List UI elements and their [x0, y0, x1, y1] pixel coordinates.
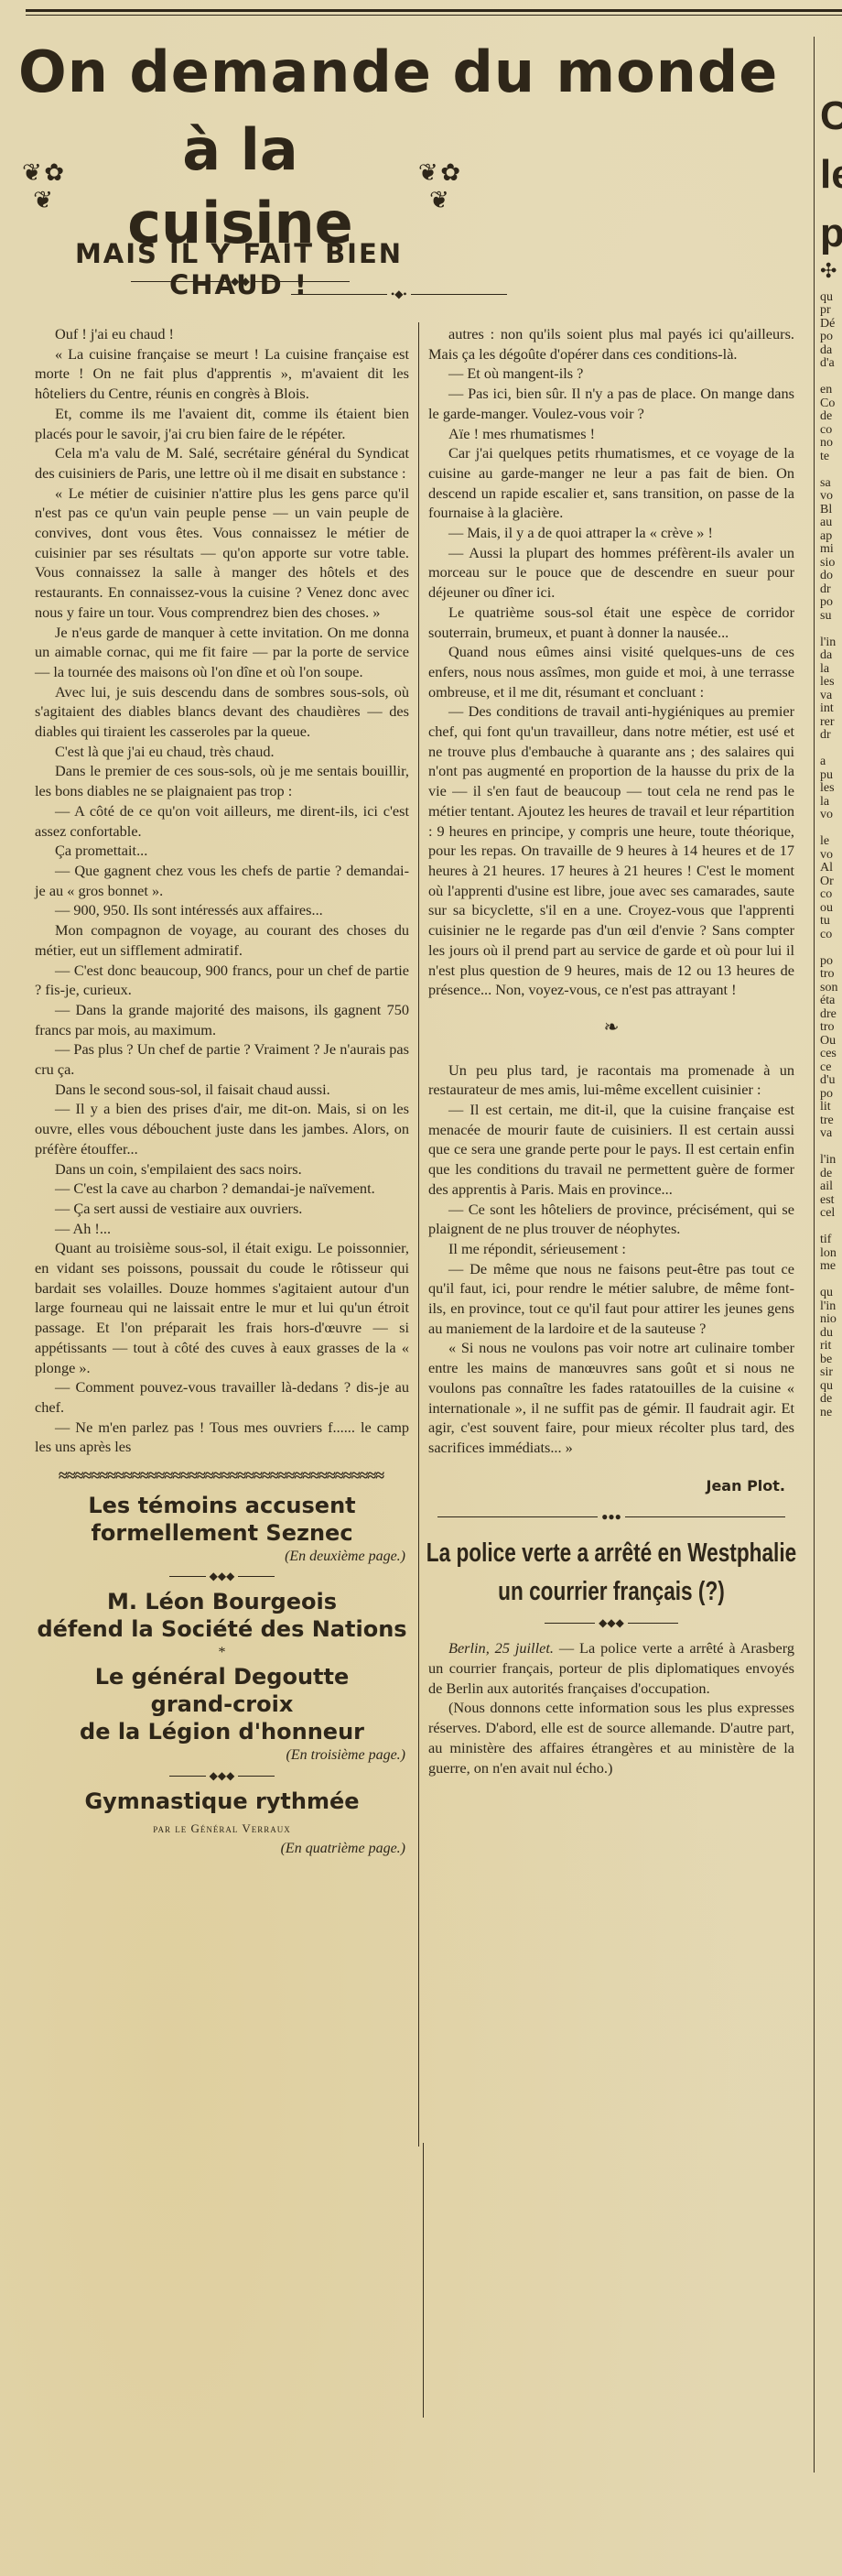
column-divider-3 [814, 37, 815, 2473]
adjacent-text-line: tro [820, 1021, 842, 1035]
adjacent-text-line: rer [820, 716, 842, 730]
adjacent-text-line: tu [820, 915, 842, 929]
teaser-item: Gymnastique rythméepar le Général Verrau… [35, 1788, 409, 1858]
adjacent-text-line: est [820, 1194, 842, 1208]
article-paragraph: Et, comme ils me l'avaient dit, comme il… [35, 404, 409, 443]
adjacent-text-line: son [820, 982, 842, 995]
teaser-title-line: défend la Société des Nations [35, 1615, 409, 1643]
news-title-line: La police verte a arrêté en Westphalie [426, 1534, 797, 1572]
adjacent-text-line: le [820, 835, 842, 849]
article-paragraph: — Que gagnent chez vous les chefs de par… [35, 861, 409, 900]
adjacent-text-line: Co [820, 397, 842, 411]
teaser-title-line: de la Légion d'honneur [35, 1718, 409, 1745]
adjacent-text-line [820, 371, 842, 385]
article-paragraph: — De même que nous ne faisons peut-être … [428, 1259, 794, 1339]
adjacent-text-line: te [820, 451, 842, 464]
adjacent-text-line: lit [820, 1101, 842, 1114]
adjacent-text-line: da [820, 649, 842, 663]
article-paragraph: — Pas plus ? Un chef de partie ? Vraimen… [35, 1039, 409, 1079]
teaser-separator: * [35, 1647, 409, 1659]
subhead-ornament-rule: •◆• [291, 289, 507, 299]
article-paragraph: — Mais, il y a de quoi attraper la « crè… [428, 523, 794, 543]
article-paragraph: — Des conditions de travail anti-hygiéni… [428, 701, 794, 1000]
article-paragraph: — Comment pouvez-vous travailler là-deda… [35, 1377, 409, 1417]
adjacent-text-line: tif [820, 1234, 842, 1247]
adjacent-text-line [820, 822, 842, 836]
article-paragraph: Cela m'a valu de M. Salé, secrétaire gén… [35, 443, 409, 483]
adjacent-text-line: de [820, 410, 842, 424]
adjacent-text-line: ou [820, 902, 842, 916]
adjacent-text-line: d'a [820, 357, 842, 371]
adjacent-text-line: d'u [820, 1074, 842, 1088]
adjacent-text-line [820, 1221, 842, 1234]
article-paragraph: Avec lui, je suis descendu dans de sombr… [35, 682, 409, 742]
adjacent-text-line: sio [820, 557, 842, 571]
article-paragraph: — Et où mangent-ils ? [428, 364, 794, 384]
adjacent-text-line: éta [820, 995, 842, 1008]
adjacent-text-line: l'in [820, 1300, 842, 1314]
article-paragraph: — Il est certain, me dit-il, que la cuis… [428, 1100, 794, 1200]
adjacent-heading-fragment: C [820, 87, 842, 146]
teaser-item: Les témoins accusentformellement Seznec(… [35, 1492, 409, 1581]
article-paragraph: — 900, 950. Ils sont intéressés aux affa… [35, 900, 409, 920]
adjacent-text-line: tre [820, 1114, 842, 1128]
adjacent-text-line: po [820, 331, 842, 344]
adjacent-text-line: de [820, 1168, 842, 1181]
teaser-byline: par le Général Verraux [35, 1819, 409, 1839]
adjacent-text-line: pr [820, 304, 842, 318]
article-paragraph: Aïe ! mes rhumatismes ! [428, 424, 794, 444]
adjacent-heading-fragment: p [820, 204, 842, 263]
article-paragraph: C'est là que j'ai eu chaud, très chaud. [35, 742, 409, 762]
adjacent-column-fragment: Clep ✣ quprDépodad'a enCodeconote savoBl… [820, 87, 842, 1419]
adjacent-text-line: sa [820, 477, 842, 491]
column-divider-1 [418, 322, 419, 2147]
teaser-see-page: (En quatrième page.) [35, 1839, 409, 1859]
news-item: La police verte a arrêté en Westphalieun… [428, 1534, 794, 1777]
article-paragraph: — Ça sert aussi de vestiaire aux ouvrier… [35, 1199, 409, 1219]
article-paragraph: — A côté de ce qu'on voit ailleurs, me d… [35, 801, 409, 841]
adjacent-text-line: au [820, 516, 842, 530]
article-paragraph: Dans le second sous-sol, il faisait chau… [35, 1080, 409, 1100]
adjacent-text-line: me [820, 1260, 842, 1274]
adjacent-text-line: vo [820, 849, 842, 863]
article-paragraph: Quant au troisième sous-sol, il était ex… [35, 1238, 409, 1377]
adjacent-text-line: cel [820, 1207, 842, 1221]
adjacent-text-line: de [820, 1393, 842, 1407]
article-paragraph: Je n'eus garde de manquer à cette invita… [35, 623, 409, 682]
adjacent-text-line: nio [820, 1313, 842, 1327]
adjacent-text-line: pu [820, 769, 842, 783]
article-column-1: Ouf ! j'ai eu chaud !« La cuisine frança… [35, 324, 409, 1859]
adjacent-text-line: va [820, 1127, 842, 1141]
adjacent-text-line: en [820, 384, 842, 397]
adjacent-text-line: ces [820, 1048, 842, 1061]
adjacent-text-line: co [820, 888, 842, 902]
adjacent-text-line: les [820, 782, 842, 796]
article-paragraph: — Pas ici, bien sûr. Il n'y a pas de pla… [428, 384, 794, 423]
news-paragraph-2: (Nous donnons cette information sous les… [428, 1698, 794, 1777]
teaser-title-line: M. Léon Bourgeois [35, 1588, 409, 1615]
news-title: La police verte a arrêté en Westphalieun… [428, 1534, 794, 1611]
news-dateline: Berlin, 25 juillet. [448, 1639, 554, 1657]
adjacent-heading-fragment: le [820, 146, 842, 204]
article-col2-paragraphs-part1: autres : non qu'ils soient plus mal payé… [428, 324, 794, 1000]
adjacent-text-line: sir [820, 1366, 842, 1380]
article-paragraph: — Ce sont les hôteliers de province, pré… [428, 1200, 794, 1239]
article-paragraph: Ça promettait... [35, 841, 409, 861]
adjacent-text-line: int [820, 702, 842, 716]
teaser-item: Le général Degouttegrand-croixde la Légi… [35, 1663, 409, 1780]
article-paragraph: autres : non qu'ils soient plus mal payé… [428, 324, 794, 364]
article-paragraph: — Ne m'en parlez pas ! Tous mes ouvriers… [35, 1418, 409, 1457]
teaser-ornament-rule: ◆◆◆ [35, 1571, 409, 1581]
adjacent-text-line [820, 623, 842, 636]
adjacent-text-line: la [820, 796, 842, 810]
article-paragraph: Il me répondit, sérieusement : [428, 1239, 794, 1259]
adjacent-text-line: a [820, 755, 842, 769]
teaser-title-line: formellement Seznec [35, 1519, 409, 1547]
teaser-title-line: Le général Degoutte [35, 1663, 409, 1690]
adjacent-text-line: do [820, 570, 842, 583]
adjacent-text-line: rit [820, 1340, 842, 1353]
article-paragraph: Dans le premier de ces sous-sols, où je … [35, 761, 409, 800]
signature-ornament-rule: ●●● [428, 1512, 794, 1521]
article-paragraph: — Dans la grande majorité des maisons, i… [35, 1000, 409, 1039]
adjacent-text-line: po [820, 1088, 842, 1102]
article-paragraph: Dans un coin, s'empilaient des sacs noir… [35, 1159, 409, 1179]
article-paragraph: Mon compagnon de voyage, au courant des … [35, 920, 409, 960]
teaser-ornament-rule: ◆◆◆ [35, 1771, 409, 1780]
author-signature: Jean Plot. [428, 1476, 794, 1496]
adjacent-text-line [820, 1274, 842, 1288]
adjacent-footer-fragment: ne [820, 1407, 842, 1420]
article-paragraph: « Si nous ne voulons pas voir notre art … [428, 1338, 794, 1457]
adjacent-text-line: po [820, 955, 842, 969]
teaser-title-line: grand-croix [35, 1690, 409, 1718]
adjacent-text-line: be [820, 1353, 842, 1367]
adjacent-text-line: po [820, 596, 842, 610]
article-paragraph: « Le métier de cuisinier n'attire plus l… [35, 484, 409, 623]
article-column-2: autres : non qu'ils soient plus mal payé… [428, 324, 794, 1777]
adjacent-text-line: Ou [820, 1035, 842, 1049]
adjacent-text-line: Al [820, 862, 842, 875]
adjacent-text-lines: quprDépodad'a enCodeconote savoBlauapmis… [820, 291, 842, 1420]
adjacent-text-line: lon [820, 1247, 842, 1261]
adjacent-text-line: du [820, 1327, 842, 1341]
adjacent-text-line: l'in [820, 1154, 842, 1168]
article-paragraph: — Ah !... [35, 1219, 409, 1239]
adjacent-text-line: vo [820, 490, 842, 504]
article-paragraph: — Il y a bien des prises d'air, me dit-o… [35, 1099, 409, 1158]
adjacent-text-line [820, 743, 842, 756]
adjacent-text-line: les [820, 676, 842, 690]
news-title-line: un courrier français (?) [426, 1572, 797, 1611]
adjacent-text-line: no [820, 437, 842, 451]
column-divider-2 [423, 2143, 424, 2418]
adjacent-text-line: qu [820, 291, 842, 305]
top-rule [26, 0, 842, 12]
adjacent-text-line: la [820, 663, 842, 677]
adjacent-text-line: dr [820, 583, 842, 597]
article-paragraph: Car j'ai quelques petits rhumatismes, et… [428, 443, 794, 523]
teaser-see-page: (En deuxième page.) [35, 1547, 409, 1567]
adjacent-text-line: qu [820, 1380, 842, 1394]
adjacent-text-line: qu [820, 1287, 842, 1300]
article-col2-paragraphs-part2: Un peu plus tard, je racontais ma promen… [428, 1060, 794, 1458]
teaser-title-line: Les témoins accusent [35, 1492, 409, 1519]
adjacent-text-line: Dé [820, 318, 842, 332]
article-paragraph: « La cuisine française se meurt ! La cui… [35, 344, 409, 404]
adjacent-ornament-icon: ✣ [820, 265, 842, 278]
adjacent-text-line: ce [820, 1061, 842, 1075]
article-paragraph: Le quatrième sous-sol était une espèce d… [428, 603, 794, 642]
adjacent-text-line [820, 463, 842, 477]
article-paragraph: Ouf ! j'ai eu chaud ! [35, 324, 409, 344]
adjacent-text-line: Or [820, 875, 842, 889]
news-ornament-rule: ◆◆◆ [428, 1618, 794, 1627]
article-paragraph: — Aussi la plupart des hommes préfèrent-… [428, 543, 794, 603]
adjacent-text-line: mi [820, 543, 842, 557]
article-paragraph: — C'est la cave au charbon ? demandai-je… [35, 1179, 409, 1199]
adjacent-text-line: l'in [820, 636, 842, 650]
adjacent-heading: Clep [820, 87, 842, 263]
teaser-title-line: Gymnastique rythmée [35, 1788, 409, 1815]
headline-line-1: On demande du monde [18, 37, 462, 108]
teasers-box: Les témoins accusentformellement Seznec(… [35, 1492, 409, 1859]
adjacent-text-line [820, 1141, 842, 1155]
article-paragraph: Quand nous eûmes ainsi visité quelques-u… [428, 642, 794, 701]
article-col1-paragraphs: Ouf ! j'ai eu chaud !« La cuisine frança… [35, 324, 409, 1457]
adjacent-text-line [820, 941, 842, 955]
adjacent-text-line: su [820, 610, 842, 624]
section-ornament-icon: ❧ [428, 1018, 794, 1038]
article-paragraph: Un peu plus tard, je racontais ma promen… [428, 1060, 794, 1100]
adjacent-text-line: va [820, 690, 842, 703]
adjacent-text-line: Bl [820, 504, 842, 517]
adjacent-text-line: da [820, 344, 842, 358]
adjacent-text-line: vo [820, 809, 842, 822]
fleuron-left-icon: ❦ ✿ ❦ [18, 159, 66, 214]
news-paragraph-1: Berlin, 25 juillet. — La police verte a … [428, 1638, 794, 1698]
adjacent-text-line: ap [820, 530, 842, 544]
teaser-see-page: (En troisième page.) [35, 1745, 409, 1766]
adjacent-text-line: tro [820, 968, 842, 982]
fleuron-right-icon: ❦ ✿ ❦ [415, 159, 462, 214]
adjacent-text-line: co [820, 929, 842, 942]
adjacent-text-line: dre [820, 1008, 842, 1022]
adjacent-text-line: dr [820, 729, 842, 743]
adjacent-text-line: ail [820, 1180, 842, 1194]
wavy-divider: ≈≈≈≈≈≈≈≈≈≈≈≈≈≈≈≈≈≈≈≈≈≈≈≈≈≈≈≈≈≈≈≈≈≈≈≈≈≈≈≈ [35, 1466, 407, 1486]
article-paragraph: — C'est donc beaucoup, 900 francs, pour … [35, 961, 409, 1000]
teaser-item: M. Léon Bourgeoisdéfend la Société des N… [35, 1588, 409, 1643]
adjacent-text-line: co [820, 424, 842, 438]
